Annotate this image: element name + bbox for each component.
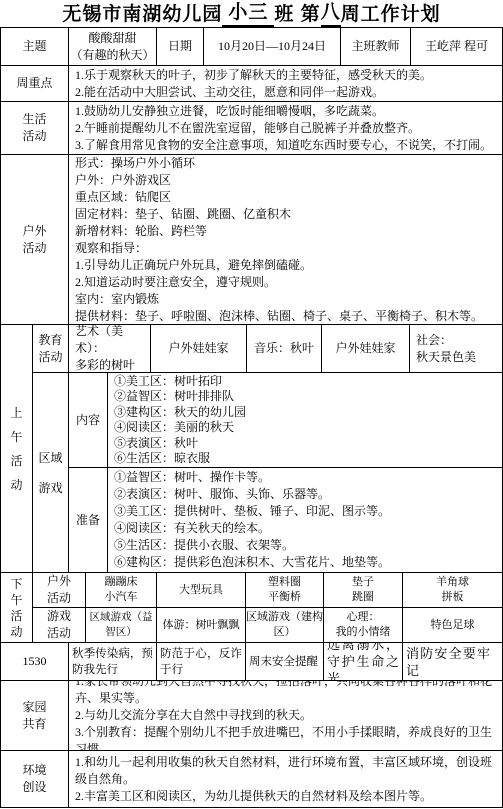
region-prepare-list: ①益智区：树叶、操作卡等。 ②表演区：树叶、服饰、头饰、乐器等。 ③美工区：提供… — [108, 468, 502, 572]
plan-table: 主题 酸酸甜甜 （有趣的秋天） 日期 10月20日—10月24日 主班教师 王屹… — [0, 27, 503, 808]
outdoor-activity-row: 户外 活动 形式：操场户外小循环 户外：户外游戏区 重点区域：钻爬区 固定材料：… — [1, 155, 502, 325]
region-content-row: 内容 ①美工区：树叶拓印 ②益智区：树叶排排队 ③建构区：秋天的幼儿园 ④阅读区… — [69, 373, 502, 468]
morning-education-row: 教育 活动 艺术（美术）： 多彩的树叶 户外娃娃家 音乐：秋叶 户外娃娃家 社会… — [33, 325, 502, 373]
region-games-body: 内容 ①美工区：树叶拓印 ②益智区：树叶排排队 ③建构区：秋天的幼儿园 ④阅读区… — [69, 373, 502, 572]
morning-section: 上 午 活 动 教育 活动 艺术（美术）： 多彩的树叶 户外娃娃家 音乐：秋叶 … — [1, 325, 502, 573]
row-1530: 1530 秋季传染病，预防我先行 防范于心，反诈于行 周末安全提醒 远离溺水，守… — [1, 643, 502, 681]
week-focus-label: 周重点 — [1, 66, 69, 101]
page-title: 无锡市南湖幼儿园小三班 第八周工作计划 — [0, 0, 503, 27]
region-games-label: 区域 游戏 — [33, 373, 69, 572]
life-activity-row: 生活 活动 1.鼓励幼儿安静独立进餐，吃饭时能细嚼慢咽，多吃蔬菜。 2.午睡前提… — [1, 102, 502, 155]
afternoon-section-label: 下 午 活 动 — [1, 573, 33, 642]
education-music-cell: 音乐：秋叶 — [247, 325, 322, 372]
teacher-label-cell: 主班教师 — [341, 28, 411, 65]
home-coop-label: 家园 共育 — [1, 681, 69, 750]
date-value-cell: 10月20日—10月24日 — [204, 28, 341, 65]
weekly-plan-document: 无锡市南湖幼儿园小三班 第八周工作计划 主题 酸酸甜甜 （有趣的秋天） 日期 1… — [0, 0, 503, 809]
morning-region-games-row: 区域 游戏 内容 ①美工区：树叶拓印 ②益智区：树叶排排队 ③建构区：秋天的幼儿… — [33, 373, 502, 572]
title-class-name-underlined: 小三 — [222, 1, 274, 27]
title-prefix: 无锡市南湖幼儿园 — [62, 3, 222, 27]
row-1530-cell-1: 秋季传染病，预防我先行 — [69, 643, 157, 680]
education-activity-label: 教育 活动 — [33, 325, 69, 372]
afternoon-outdoor-cell-1: 蹦蹦床 小汽车 — [86, 573, 157, 607]
afternoon-games-cell-4: 心理： 我的小情绪 — [324, 608, 403, 642]
outdoor-activity-label: 户外 活动 — [1, 155, 69, 324]
afternoon-outdoor-label: 户外 活动 — [33, 573, 86, 607]
title-mid: 班 第 — [274, 3, 320, 27]
row-1530-cell-3: 周末安全提醒 — [246, 643, 324, 680]
afternoon-games-label: 游戏 活动 — [33, 608, 86, 642]
education-dollhouse-cell-1: 户外娃娃家 — [151, 325, 247, 372]
environment-label: 环境 创设 — [1, 751, 69, 807]
theme-value-cell: 酸酸甜甜 （有趣的秋天） — [69, 28, 157, 65]
row-1530-cell-4: 远离溺水，守护生命之光 — [324, 643, 403, 680]
title-suffix: 周工作计划 — [341, 3, 441, 27]
afternoon-games-cell-2: 体游：树叶飘飘 — [157, 608, 246, 642]
outdoor-activity-content: 形式：操场户外小循环 户外：户外游戏区 重点区域：钻爬区 固定材料：垫子、钻圈、… — [69, 155, 502, 324]
afternoon-outdoor-cell-2: 大型玩具 — [157, 573, 246, 607]
row-1530-label: 1530 — [1, 643, 69, 680]
afternoon-outdoor-row: 户外 活动 蹦蹦床 小汽车 大型玩具 塑料圈 平衡桥 垫子 跳圈 羊角球 拼板 — [33, 573, 502, 608]
date-label-cell: 日期 — [157, 28, 204, 65]
afternoon-games-cell-1: 区域游戏（益智区） — [86, 608, 157, 642]
title-week-number-underlined: 八 — [321, 1, 341, 27]
morning-section-label: 上 午 活 动 — [1, 325, 33, 572]
afternoon-games-row: 游戏 活动 区域游戏（益智区） 体游：树叶飘飘 区域游戏（建构区） 心理： 我的… — [33, 608, 502, 642]
life-activity-label: 生活 活动 — [1, 102, 69, 154]
teacher-value-cell: 王屹萍 程可 — [411, 28, 502, 65]
environment-content: 1.和幼儿一起利用收集的秋天自然材料，进行环境布置，丰富区域环境，创设班级自然角… — [69, 751, 502, 807]
afternoon-games-cell-5: 特色足球 — [403, 608, 502, 642]
education-dollhouse-cell-2: 户外娃娃家 — [322, 325, 410, 372]
afternoon-section-body: 户外 活动 蹦蹦床 小汽车 大型玩具 塑料圈 平衡桥 垫子 跳圈 羊角球 拼板 … — [33, 573, 502, 642]
row-1530-cell-5: 消防安全要牢记 — [403, 643, 502, 680]
header-row: 主题 酸酸甜甜 （有趣的秋天） 日期 10月20日—10月24日 主班教师 王屹… — [1, 28, 502, 66]
afternoon-games-cell-3: 区域游戏（建构区） — [246, 608, 324, 642]
education-social-cell: 社会： 秋天景色美 — [410, 325, 502, 372]
afternoon-outdoor-cell-5: 羊角球 拼板 — [403, 573, 502, 607]
morning-section-body: 教育 活动 艺术（美术）： 多彩的树叶 户外娃娃家 音乐：秋叶 户外娃娃家 社会… — [33, 325, 502, 572]
row-1530-cell-2: 防范于心，反诈于行 — [157, 643, 246, 680]
life-activity-content: 1.鼓励幼儿安静独立进餐，吃饭时能细嚼慢咽，多吃蔬菜。 2.午睡前提醒幼儿不在盥… — [69, 102, 502, 154]
region-prepare-row: 准备 ①益智区：树叶、操作卡等。 ②表演区：树叶、服饰、头饰、乐器等。 ③美工区… — [69, 468, 502, 572]
theme-label-cell: 主题 — [1, 28, 69, 65]
education-art-cell: 艺术（美术）： 多彩的树叶 — [69, 325, 151, 372]
week-focus-row: 周重点 1.乐于观察秋天的叶子，初步了解秋天的主要特征，感受秋天的美。 2.能在… — [1, 66, 502, 102]
region-prepare-label: 准备 — [69, 468, 108, 572]
region-content-label: 内容 — [69, 373, 108, 467]
environment-row: 环境 创设 1.和幼儿一起利用收集的秋天自然材料，进行环境布置，丰富区域环境，创… — [1, 751, 502, 807]
home-coop-row: 家园 共育 1.家长带领幼儿到大自然中寻找秋天，捡拾落叶，共同收集各种各样的落叶… — [1, 681, 502, 751]
afternoon-outdoor-cell-4: 垫子 跳圈 — [324, 573, 403, 607]
home-coop-content: 1.家长带领幼儿到大自然中寻找秋天，捡拾落叶，共同收集各种各样的落叶和花卉、果实… — [69, 681, 502, 750]
afternoon-outdoor-cell-3: 塑料圈 平衡桥 — [246, 573, 324, 607]
week-focus-content: 1.乐于观察秋天的叶子，初步了解秋天的主要特征，感受秋天的美。 2.能在活动中大… — [69, 66, 502, 101]
region-content-list: ①美工区：树叶拓印 ②益智区：树叶排排队 ③建构区：秋天的幼儿园 ④阅读区：美丽… — [108, 373, 502, 467]
afternoon-section: 下 午 活 动 户外 活动 蹦蹦床 小汽车 大型玩具 塑料圈 平衡桥 垫子 跳圈… — [1, 573, 502, 643]
